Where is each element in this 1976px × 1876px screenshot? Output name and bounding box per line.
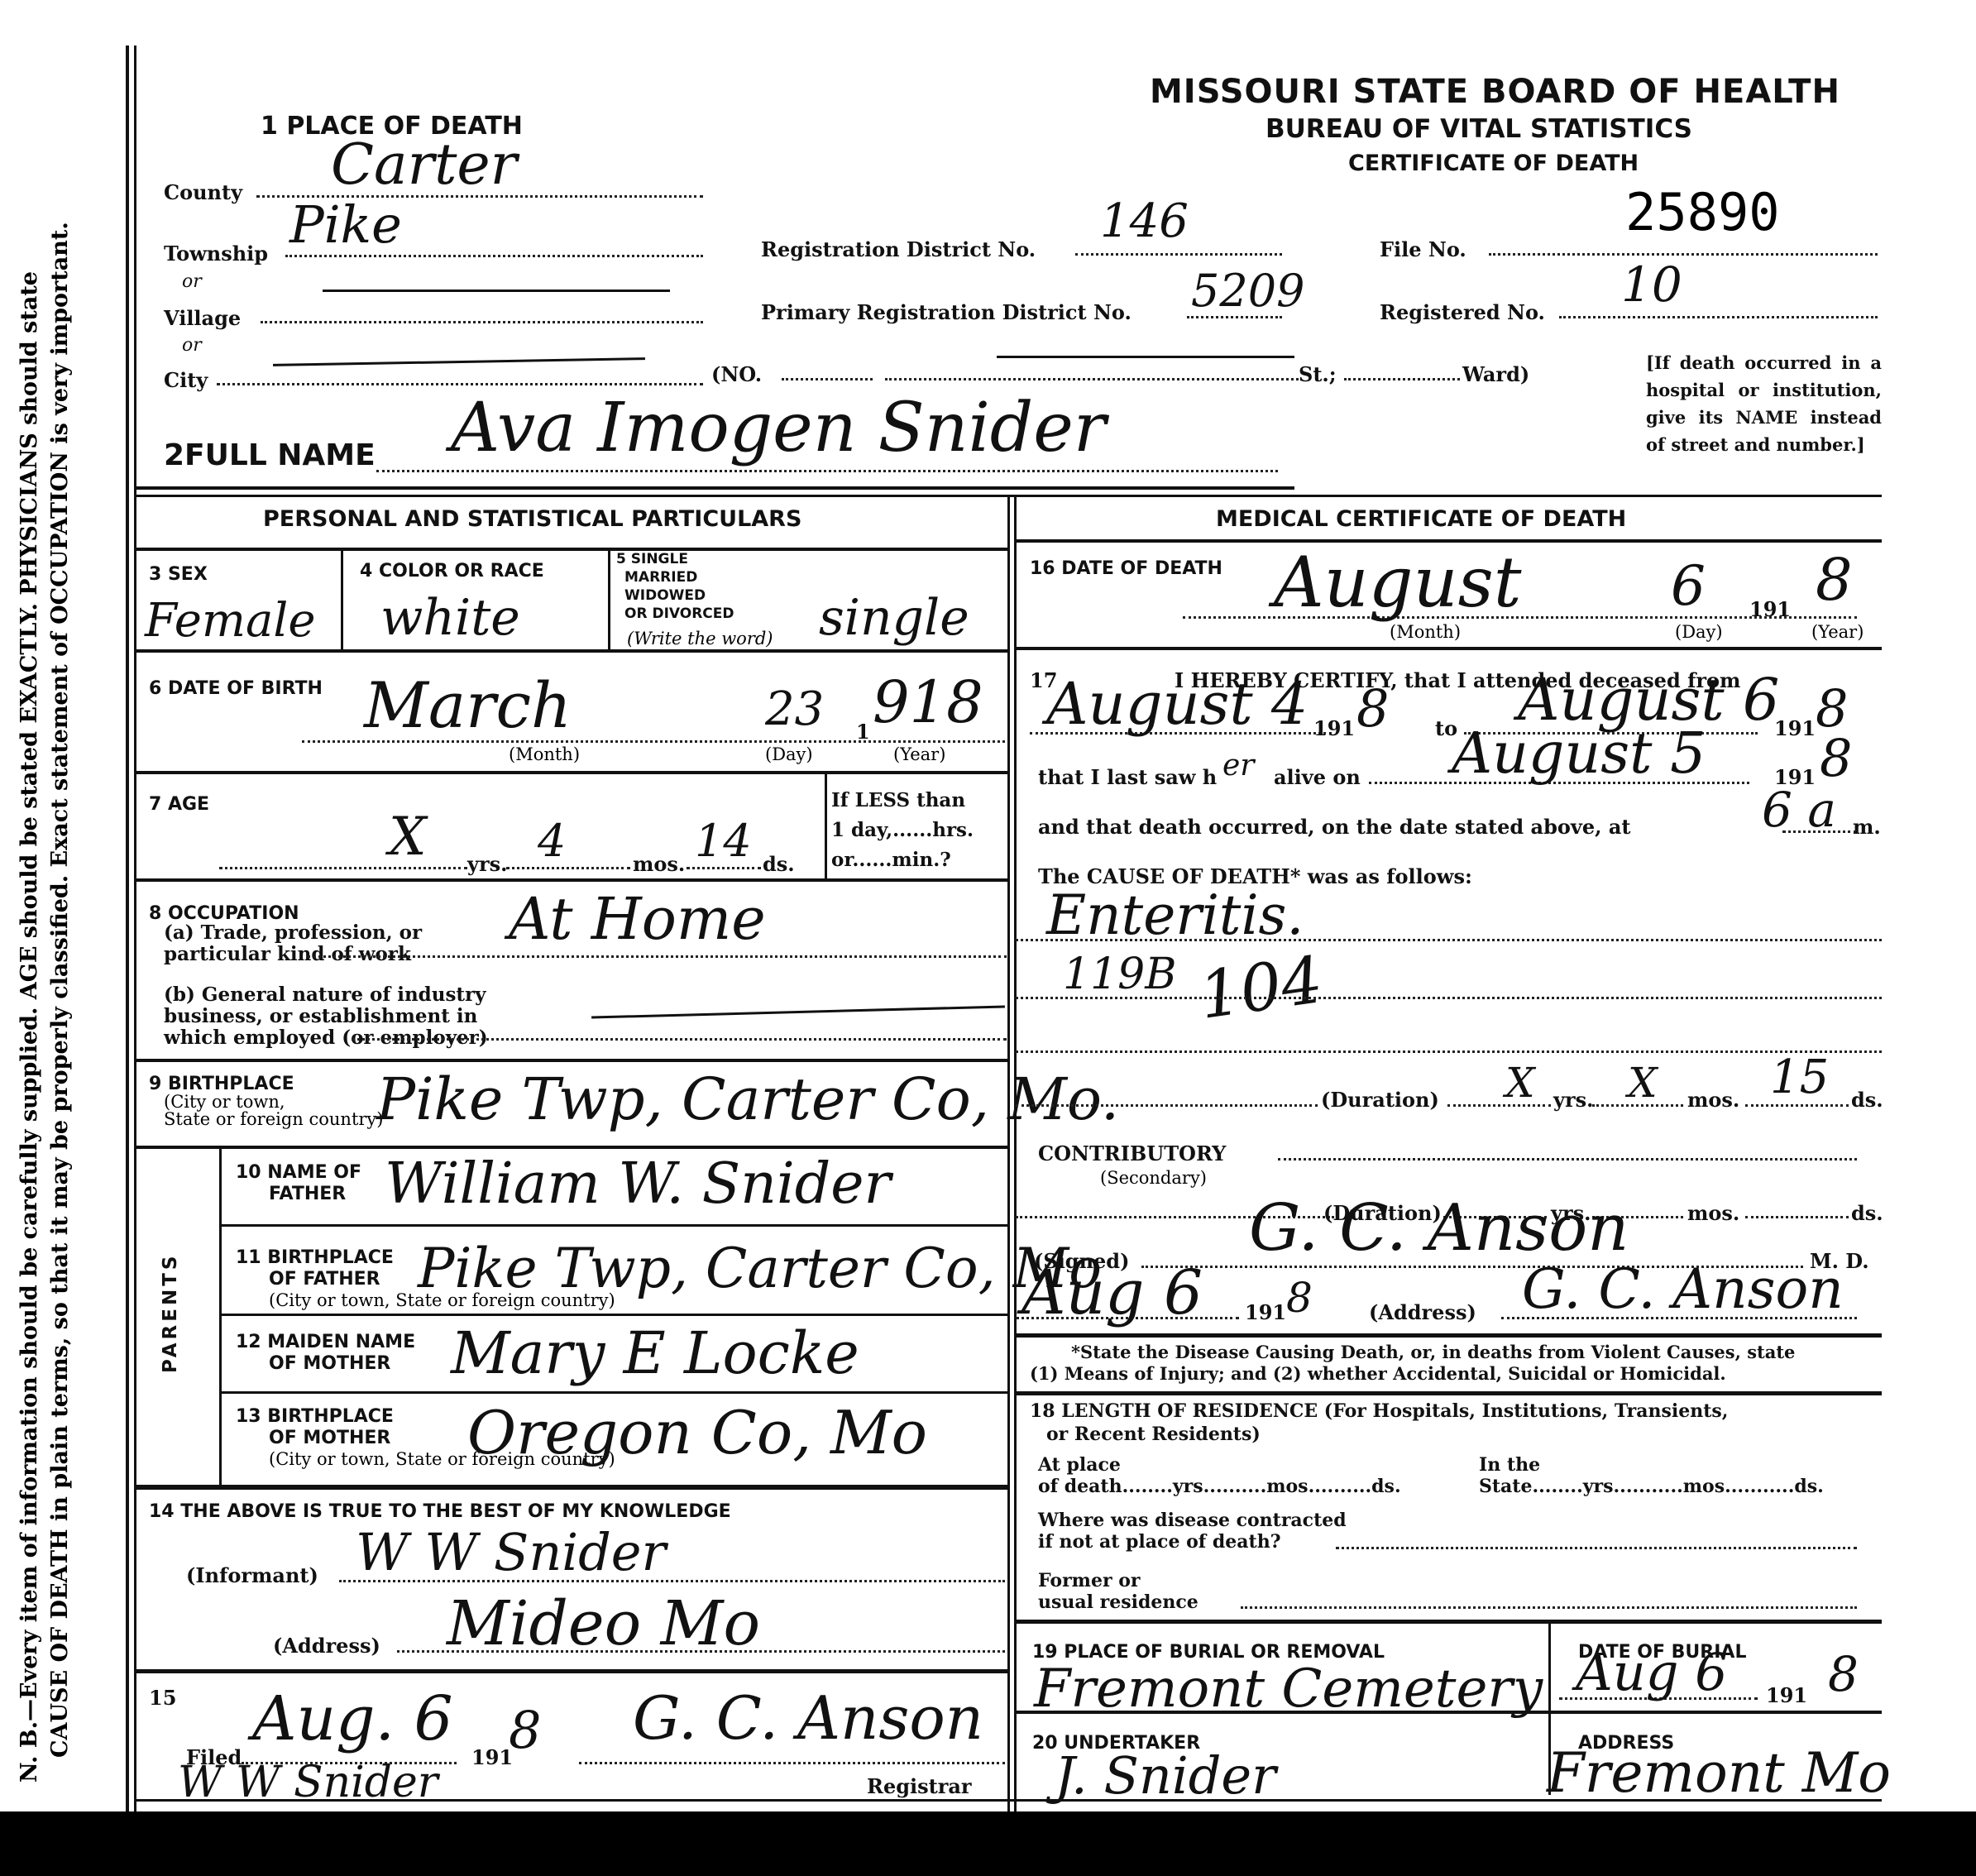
day-hint: (Day): [765, 744, 813, 764]
undertaker-value: J. Snider: [1055, 1745, 1276, 1806]
personal-heading: PERSONAL AND STATISTICAL PARTICULARS: [263, 506, 801, 532]
age-yrs-label: yrs.: [467, 852, 507, 876]
dod-day-hint: (Day): [1675, 622, 1723, 642]
filing-number: 15: [149, 1686, 176, 1710]
cause-footnote: *State the Disease Causing Death, or, in…: [1030, 1342, 1882, 1385]
signed-date: Aug 6: [1021, 1257, 1203, 1328]
mother-birthplace-value: Oregon Co, Mo: [467, 1398, 927, 1467]
residence-at-place: At place of death........yrs..........mo…: [1038, 1454, 1401, 1497]
registered-no-label: Registered No.: [1380, 300, 1545, 324]
struck-line-1: [323, 290, 670, 292]
mother-name-label: 12 MAIDEN NAME OF MOTHER: [236, 1332, 415, 1375]
physician-address-value: G. C. Anson: [1522, 1257, 1844, 1321]
attended-from-year: 191: [1313, 716, 1355, 740]
burial-date-value: Aug 6: [1576, 1642, 1728, 1702]
age-years: X: [389, 806, 427, 868]
duration-label: (Duration): [1321, 1088, 1439, 1112]
duration-mos-label: mos.: [1687, 1088, 1739, 1112]
cause-code-2: 104: [1194, 943, 1327, 1034]
struck-line-2: [273, 357, 645, 366]
contributory-label: CONTRIBUTORY: [1038, 1141, 1226, 1165]
primary-district-value: 5209: [1191, 265, 1304, 317]
dod-year-prefix: 191: [1749, 597, 1791, 621]
village-label: Village: [164, 306, 241, 330]
age-label: 7 AGE: [149, 794, 209, 815]
instruction-line-2: CAUSE OF DEATH in plain terms, so that i…: [45, 222, 75, 1758]
filed-year-prefix: 191: [471, 1745, 513, 1769]
race-value: white: [380, 589, 520, 647]
burial-year-prefix: 191: [1766, 1683, 1807, 1707]
undertaker-address-value: Fremont Mo: [1547, 1741, 1891, 1805]
informant-address-label: (Address): [273, 1634, 380, 1658]
age-ds-label: ds.: [763, 852, 795, 876]
residence-heading: 18 LENGTH OF RESIDENCE (For Hospitals, I…: [1030, 1400, 1728, 1446]
mother-birthplace-label: 13 BIRTHPLACE OF MOTHER: [236, 1406, 394, 1449]
struck-line-3: [997, 356, 1294, 358]
informant-value: W W Snider: [356, 1522, 666, 1582]
month-hint: (Month): [509, 744, 580, 764]
contributory-ds-label: ds.: [1851, 1201, 1883, 1225]
occupation-a-value: At Home: [509, 885, 766, 953]
occupation-a-label: (a) Trade, profession, or particular kin…: [164, 922, 422, 965]
father-birthplace-value: Pike Twp, Carter Co, Mo: [418, 1237, 1102, 1300]
filed-date: Aug. 6: [252, 1683, 453, 1754]
birthplace-hint: (City or town, State or foreign country): [164, 1094, 383, 1128]
duration-ds-label: ds.: [1851, 1088, 1883, 1112]
last-saw-label-2: alive on: [1274, 765, 1361, 789]
cause-code: 119B: [1063, 950, 1176, 999]
birthplace-value: Pike Twp, Carter Co, Mo.: [376, 1065, 1119, 1133]
dod-month: August: [1274, 542, 1522, 623]
duration-years: X: [1505, 1059, 1535, 1107]
duration-yrs-label: yrs.: [1553, 1088, 1593, 1112]
father-name-value: William W. Snider: [385, 1151, 891, 1217]
st-label: St.;: [1299, 362, 1337, 386]
informant-heading: 14 THE ABOVE IS TRUE TO THE BEST OF MY K…: [149, 1501, 731, 1522]
residence-in-state: In the State........yrs...........mos...…: [1479, 1454, 1824, 1497]
parents-side-label: PARENTS: [160, 1253, 181, 1373]
informant-label: (Informant): [186, 1563, 318, 1587]
duration-months: X: [1628, 1059, 1658, 1107]
bureau-title: BUREAU OF VITAL STATISTICS: [1266, 114, 1692, 144]
last-saw-date: August 5: [1452, 721, 1706, 787]
burial-year-value: 8: [1828, 1646, 1859, 1702]
physician-address-label: (Address): [1369, 1300, 1476, 1324]
last-saw-pronoun: er: [1222, 749, 1255, 782]
marital-hint: (Write the word): [627, 629, 773, 648]
street-no-label: (NO.: [711, 362, 762, 386]
marital-labels: 5 SINGLE MARRIED WIDOWED OR DIVORCED: [616, 550, 734, 623]
or-label-1: or: [182, 271, 202, 292]
registrar-label: Registrar: [867, 1774, 972, 1798]
city-label: City: [164, 368, 208, 392]
less-than-day-box: If LESS than 1 day,......hrs. or......mi…: [831, 786, 974, 875]
column-divider: [1007, 495, 1010, 1811]
age-mos-label: mos.: [633, 852, 685, 876]
attended-from: August 4: [1046, 670, 1308, 738]
sex-label: 3 SEX: [149, 564, 208, 585]
primary-district-label: Primary Registration District No.: [761, 300, 1132, 324]
father-birthplace-label: 11 BIRTHPLACE OF FATHER: [236, 1247, 394, 1290]
marital-value: single: [819, 589, 969, 647]
race-label: 4 COLOR OR RACE: [360, 561, 544, 581]
death-time-suffix: m.: [1853, 815, 1881, 839]
age-months: 4: [538, 815, 566, 867]
physician-signature: G. C. Anson: [1249, 1191, 1629, 1266]
signed-year-value: 8: [1286, 1274, 1313, 1322]
dod-month-hint: (Month): [1390, 622, 1461, 642]
left-border-inner: [134, 45, 136, 1816]
certificate-title: CERTIFICATE OF DEATH: [1348, 151, 1639, 176]
cause-value: Enteritis.: [1046, 883, 1304, 947]
attended-to-year: 191: [1774, 716, 1816, 740]
dob-day: 23: [765, 682, 824, 736]
full-name-label: 2FULL NAME: [164, 438, 376, 472]
ward-label: Ward): [1462, 362, 1529, 386]
duration-days: 15: [1770, 1050, 1829, 1104]
medical-heading: MEDICAL CERTIFICATE OF DEATH: [1216, 506, 1626, 532]
death-time-value: 6 a: [1762, 782, 1836, 838]
residence-former: Former or usual residence: [1038, 1570, 1199, 1613]
left-border: [126, 45, 129, 1816]
age-days: 14: [695, 815, 752, 867]
file-no-label: File No.: [1380, 237, 1466, 261]
death-time-label: and that death occurred, on the date sta…: [1038, 815, 1630, 839]
board-title: MISSOURI STATE BOARD OF HEALTH: [1150, 73, 1840, 111]
registered-no-value: 10: [1621, 256, 1682, 313]
occupation-b-struck: [591, 1005, 1005, 1018]
or-label-2: or: [182, 335, 202, 356]
mother-name-value: Mary E Locke: [451, 1319, 859, 1387]
dob-month: March: [364, 668, 572, 742]
full-name-value: Ava Imogen Snider: [451, 389, 1106, 467]
instruction-line-1: N. B.—Every item of information should b…: [15, 271, 45, 1783]
hospital-note: [If death occurred in a hospital or inst…: [1646, 349, 1882, 458]
sidebar-instructions: N. B.—Every item of information should b…: [0, 0, 124, 1876]
dod-label: 16 DATE OF DEATH: [1030, 558, 1222, 579]
sex-value: Female: [145, 594, 315, 648]
registrar-signature: G. C. Anson: [633, 1683, 983, 1753]
contributory-mos-label: mos.: [1687, 1201, 1739, 1225]
dob-year-prefix: 1: [856, 720, 870, 744]
registration-district-value: 146: [1100, 194, 1189, 248]
scan-bottom-edge: [0, 1811, 1976, 1876]
father-name-label: 10 NAME OF FATHER: [236, 1162, 361, 1205]
filed-year-value: 8: [509, 1700, 541, 1760]
dod-year-value: 8: [1816, 546, 1853, 614]
last-saw-year-value: 8: [1820, 728, 1852, 788]
county-value: Carter: [331, 132, 517, 198]
informant-address-value: Mideo Mo: [447, 1588, 760, 1659]
registration-district-label: Registration District No.: [761, 237, 1036, 261]
last-saw-label-1: that I last saw h: [1038, 765, 1217, 789]
year-hint: (Year): [893, 744, 945, 764]
dod-year-hint: (Year): [1811, 622, 1864, 642]
dod-day: 6: [1671, 554, 1706, 618]
file-no-value: 25890: [1625, 182, 1780, 242]
secondary-hint: (Secondary): [1100, 1168, 1207, 1188]
township-value: Pike: [289, 194, 402, 255]
county-label: County: [164, 180, 242, 204]
residence-contracted: Where was disease contracted if not at p…: [1038, 1510, 1347, 1553]
attended-from-year-value: 8: [1356, 678, 1389, 739]
signed-year-prefix: 191: [1245, 1300, 1286, 1324]
township-label: Township: [164, 242, 268, 266]
dob-year: 918: [873, 668, 983, 736]
dob-label: 6 DATE OF BIRTH: [149, 678, 323, 699]
